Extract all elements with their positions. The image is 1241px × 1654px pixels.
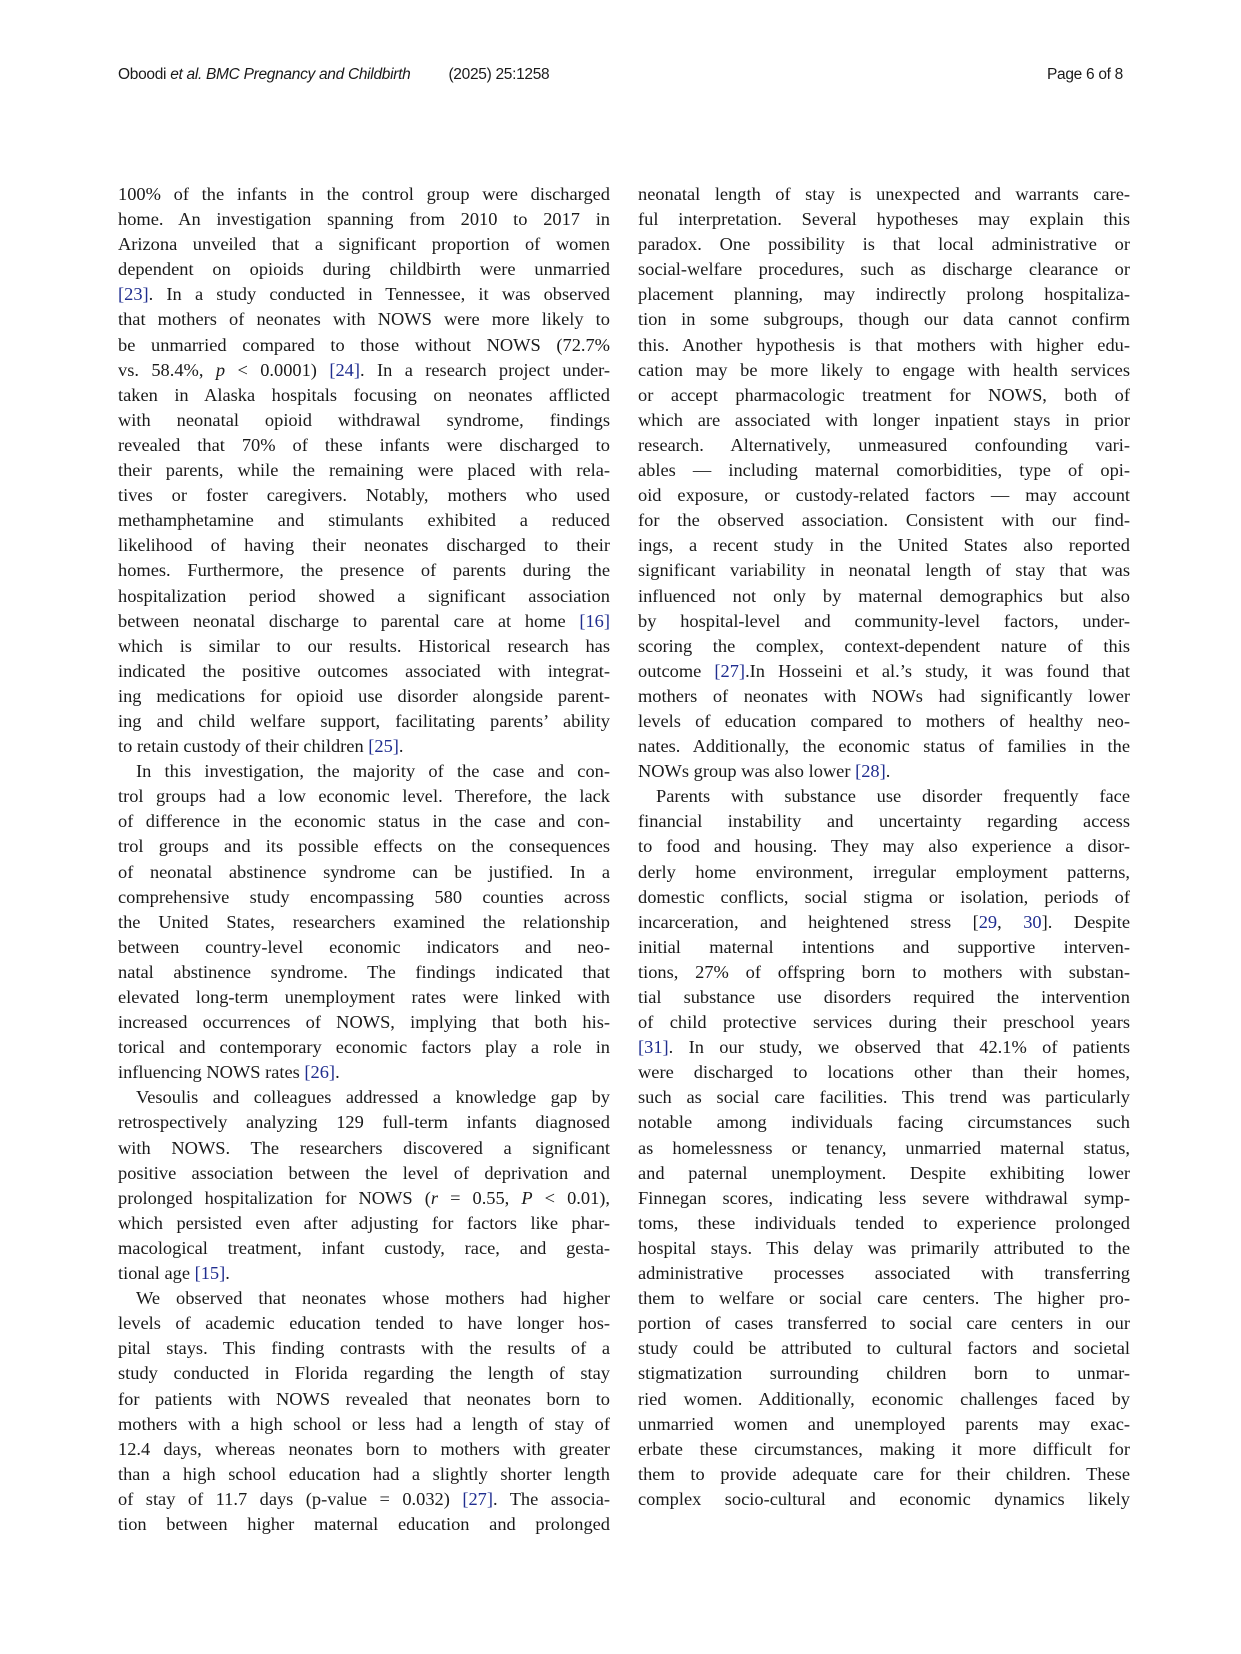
text-line: natal abstinence syndrome. The findings …	[118, 960, 610, 985]
text-line: placement planning, may indirectly prolo…	[638, 282, 1130, 307]
text-line: hospital stays. This delay was primarily…	[638, 1236, 1130, 1261]
text-line: that mothers of neonates with NOWS were …	[118, 307, 610, 332]
text-line: social-welfare procedures, such as disch…	[638, 257, 1130, 282]
text-line: vs. 58.4%, p < 0.0001) [24]. In a resear…	[118, 358, 610, 383]
text-line: of neonatal abstinence syndrome can be j…	[118, 860, 610, 885]
text-segment: ,	[997, 912, 1023, 932]
text-segment: .	[335, 1062, 340, 1082]
text-line: trol groups had a low economic level. Th…	[118, 784, 610, 809]
text-line: with neonatal opioid withdrawal syndrome…	[118, 408, 610, 433]
text-line: financial instability and uncertainty re…	[638, 809, 1130, 834]
citation-link[interactable]: [25]	[368, 736, 399, 756]
text-line: administrative processes associated with…	[638, 1261, 1130, 1286]
text-segment: . In a research project under-	[360, 360, 610, 380]
text-segment: . In a study conducted in Tennessee, it …	[149, 284, 610, 304]
text-line: erbate these circumstances, making it mo…	[638, 1437, 1130, 1462]
text-line: macological treatment, infant custody, r…	[118, 1236, 610, 1261]
text-line: between country-level economic indicator…	[118, 935, 610, 960]
header-etal: et al.	[170, 66, 202, 83]
text-line: We observed that neonates whose mothers …	[118, 1286, 610, 1311]
text-line: paradox. One possibility is that local a…	[638, 232, 1130, 257]
text-line: which persisted even after adjusting for…	[118, 1211, 610, 1236]
right-column: neonatal length of stay is unexpected an…	[638, 182, 1130, 1512]
text-line: cation may be more likely to engage with…	[638, 358, 1130, 383]
text-line: initial maternal intentions and supporti…	[638, 935, 1130, 960]
text-line: complex socio-cultural and economic dyna…	[638, 1487, 1130, 1512]
text-segment: incarceration, and heightened stress [	[638, 912, 979, 932]
text-segment: vs. 58.4%,	[118, 360, 216, 380]
text-line: of child protective services during thei…	[638, 1010, 1130, 1035]
citation-link[interactable]: [28]	[855, 761, 886, 781]
text-line: them to provide adequate care for their …	[638, 1462, 1130, 1487]
text-line: tions, 27% of offspring born to mothers …	[638, 960, 1130, 985]
text-line: ing and child welfare support, facilitat…	[118, 709, 610, 734]
italic-symbol: r	[431, 1188, 438, 1208]
text-line: scoring the complex, context-dependent n…	[638, 634, 1130, 659]
text-line: Arizona unveiled that a significant prop…	[118, 232, 610, 257]
italic-symbol: p	[216, 360, 225, 380]
text-line: study conducted in Florida regarding the…	[118, 1361, 610, 1386]
text-line: trol groups and its possible effects on …	[118, 834, 610, 859]
text-line: ful interpretation. Several hypotheses m…	[638, 207, 1130, 232]
text-line: comprehensive study encompassing 580 cou…	[118, 885, 610, 910]
text-line: for the observed association. Consistent…	[638, 508, 1130, 533]
text-line: torical and contemporary economic factor…	[118, 1035, 610, 1060]
text-line: be unmarried compared to those without N…	[118, 333, 610, 358]
citation-link[interactable]: [24]	[329, 360, 360, 380]
header-authors: Oboodi et al. BMC Pregnancy and Childbir…	[118, 66, 410, 84]
text-line: levels of education compared to mothers …	[638, 709, 1130, 734]
text-line: NOWs group was also lower [28].	[638, 759, 1130, 784]
citation-link[interactable]: [16]	[579, 611, 610, 631]
text-line: and paternal unemployment. Despite exhib…	[638, 1161, 1130, 1186]
text-line: ried women. Additionally, economic chall…	[638, 1387, 1130, 1412]
text-line: or accept pharmacologic treatment for NO…	[638, 383, 1130, 408]
text-line: Finnegan scores, indicating less severe …	[638, 1186, 1130, 1211]
text-segment: to retain custody of their children	[118, 736, 368, 756]
text-segment: < 0.0001)	[225, 360, 329, 380]
text-line: notable among individuals facing circums…	[638, 1110, 1130, 1135]
text-line: their parents, while the remaining were …	[118, 458, 610, 483]
text-segment: < 0.01),	[533, 1188, 610, 1208]
text-line: home. An investigation spanning from 201…	[118, 207, 610, 232]
text-segment: between neonatal discharge to parental c…	[118, 611, 579, 631]
citation-link[interactable]: [27]	[462, 1489, 493, 1509]
paragraph: We observed that neonates whose mothers …	[118, 1286, 610, 1537]
text-line: ings, a recent study in the United State…	[638, 533, 1130, 558]
citation-link[interactable]: [26]	[304, 1062, 335, 1082]
text-segment: influencing NOWS rates	[118, 1062, 304, 1082]
text-segment: . The associa-	[493, 1489, 610, 1509]
text-line: tional age [15].	[118, 1261, 610, 1286]
left-column: 100% of the infants in the control group…	[118, 182, 610, 1537]
text-line: levels of academic education tended to h…	[118, 1311, 610, 1336]
text-line: stigmatization surrounding children born…	[638, 1361, 1130, 1386]
text-line: [31]. In our study, we observed that 42.…	[638, 1035, 1130, 1060]
text-line: for patients with NOWS revealed that neo…	[118, 1387, 610, 1412]
text-line: tion between higher maternal education a…	[118, 1512, 610, 1537]
text-line: between neonatal discharge to parental c…	[118, 609, 610, 634]
text-line: the United States, researchers examined …	[118, 910, 610, 935]
text-line: nates. Additionally, the economic status…	[638, 734, 1130, 759]
text-line: such as social care facilities. This tre…	[638, 1085, 1130, 1110]
text-line: In this investigation, the majority of t…	[118, 759, 610, 784]
text-line: ing medications for opioid use disorder …	[118, 684, 610, 709]
text-line: prolonged hospitalization for NOWS (r = …	[118, 1186, 610, 1211]
text-line: domestic conflicts, social stigma or iso…	[638, 885, 1130, 910]
paragraph: 100% of the infants in the control group…	[118, 182, 610, 759]
italic-symbol: P	[521, 1188, 532, 1208]
text-line: which are associated with longer inpatie…	[638, 408, 1130, 433]
text-line: unmarried women and unemployed parents m…	[638, 1412, 1130, 1437]
text-segment: .	[225, 1263, 230, 1283]
text-line: mothers with a high school or less had a…	[118, 1412, 610, 1437]
text-line: taken in Alaska hospitals focusing on ne…	[118, 383, 610, 408]
text-line: than a high school education had a sligh…	[118, 1462, 610, 1487]
citation-link[interactable]: 29	[979, 912, 997, 932]
text-line: significant variability in neonatal leng…	[638, 558, 1130, 583]
text-segment: outcome	[638, 661, 714, 681]
text-segment: tional age	[118, 1263, 195, 1283]
page-number: Page 6 of 8	[1047, 66, 1123, 84]
text-segment: NOWs group was also lower	[638, 761, 855, 781]
paragraph: neonatal length of stay is unexpected an…	[638, 182, 1130, 784]
text-line: by hospital-level and community-level fa…	[638, 609, 1130, 634]
text-line: oid exposure, or custody-related factors…	[638, 483, 1130, 508]
text-segment: = 0.55,	[438, 1188, 521, 1208]
text-line: 12.4 days, whereas neonates born to moth…	[118, 1437, 610, 1462]
text-line: them to welfare or social care centers. …	[638, 1286, 1130, 1311]
paragraph: Parents with substance use disorder freq…	[638, 784, 1130, 1512]
text-segment: of stay of 11.7 days (p-value = 0.032)	[118, 1489, 462, 1509]
text-line: toms, these individuals tended to experi…	[638, 1211, 1130, 1236]
text-line: pital stays. This finding contrasts with…	[118, 1336, 610, 1361]
running-header: Oboodi et al. BMC Pregnancy and Childbir…	[118, 66, 1123, 84]
text-line: which is similar to our results. Histori…	[118, 634, 610, 659]
text-line: tion in some subgroups, though our data …	[638, 307, 1130, 332]
text-line: indicated the positive outcomes associat…	[118, 659, 610, 684]
citation-link[interactable]: [27]	[714, 661, 745, 681]
text-line: Vesoulis and colleagues addressed a know…	[118, 1085, 610, 1110]
text-line: influenced not only by maternal demograp…	[638, 584, 1130, 609]
text-line: were discharged to locations other than …	[638, 1060, 1130, 1085]
text-line: 100% of the infants in the control group…	[118, 182, 610, 207]
text-line: Parents with substance use disorder freq…	[638, 784, 1130, 809]
text-line: outcome [27].In Hosseini et al.’s study,…	[638, 659, 1130, 684]
citation-link[interactable]: 30	[1023, 912, 1041, 932]
text-line: retrospectively analyzing 129 full-term …	[118, 1110, 610, 1135]
text-segment: prolonged hospitalization for NOWS (	[118, 1188, 431, 1208]
text-line: to retain custody of their children [25]…	[118, 734, 610, 759]
text-segment: .	[399, 736, 404, 756]
header-journal: BMC Pregnancy and Childbirth	[202, 66, 410, 83]
text-line: homes. Furthermore, the presence of pare…	[118, 558, 610, 583]
paragraph: In this investigation, the majority of t…	[118, 759, 610, 1085]
header-volume: (2025) 25:1258	[448, 66, 549, 84]
text-line: derly home environment, irregular employ…	[638, 860, 1130, 885]
citation-link[interactable]: [23]	[118, 284, 149, 304]
text-line: dependent on opioids during childbirth w…	[118, 257, 610, 282]
paragraph: Vesoulis and colleagues addressed a know…	[118, 1085, 610, 1286]
citation-link[interactable]: [31]	[638, 1037, 669, 1057]
text-segment: . In our study, we observed that 42.1% o…	[669, 1037, 1130, 1057]
text-line: tives or foster caregivers. Notably, mot…	[118, 483, 610, 508]
text-line: hospitalization period showed a signific…	[118, 584, 610, 609]
text-line: of difference in the economic status in …	[118, 809, 610, 834]
text-line: influencing NOWS rates [26].	[118, 1060, 610, 1085]
text-line: methamphetamine and stimulants exhibited…	[118, 508, 610, 533]
text-line: research. Alternatively, unmeasured conf…	[638, 433, 1130, 458]
text-line: tial substance use disorders required th…	[638, 985, 1130, 1010]
text-line: study could be attributed to cultural fa…	[638, 1336, 1130, 1361]
text-line: incarceration, and heightened stress [29…	[638, 910, 1130, 935]
text-line: [23]. In a study conducted in Tennessee,…	[118, 282, 610, 307]
text-line: positive association between the level o…	[118, 1161, 610, 1186]
text-line: to food and housing. They may also exper…	[638, 834, 1130, 859]
citation-link[interactable]: [15]	[195, 1263, 226, 1283]
text-line: this. Another hypothesis is that mothers…	[638, 333, 1130, 358]
text-line: of stay of 11.7 days (p-value = 0.032) […	[118, 1487, 610, 1512]
text-line: with NOWS. The researchers discovered a …	[118, 1136, 610, 1161]
text-line: revealed that 70% of these infants were …	[118, 433, 610, 458]
text-line: as homelessness or tenancy, unmarried ma…	[638, 1136, 1130, 1161]
text-segment: .In Hosseini et al.’s study, it was foun…	[745, 661, 1130, 681]
text-line: likelihood of having their neonates disc…	[118, 533, 610, 558]
text-line: portion of cases transferred to social c…	[638, 1311, 1130, 1336]
text-line: mothers of neonates with NOWs had signif…	[638, 684, 1130, 709]
text-line: elevated long-term unemployment rates we…	[118, 985, 610, 1010]
text-segment: ]. Despite	[1042, 912, 1130, 932]
text-segment: .	[886, 761, 891, 781]
text-line: increased occurrences of NOWS, implying …	[118, 1010, 610, 1035]
text-line: neonatal length of stay is unexpected an…	[638, 182, 1130, 207]
text-line: ables — including maternal comorbidities…	[638, 458, 1130, 483]
